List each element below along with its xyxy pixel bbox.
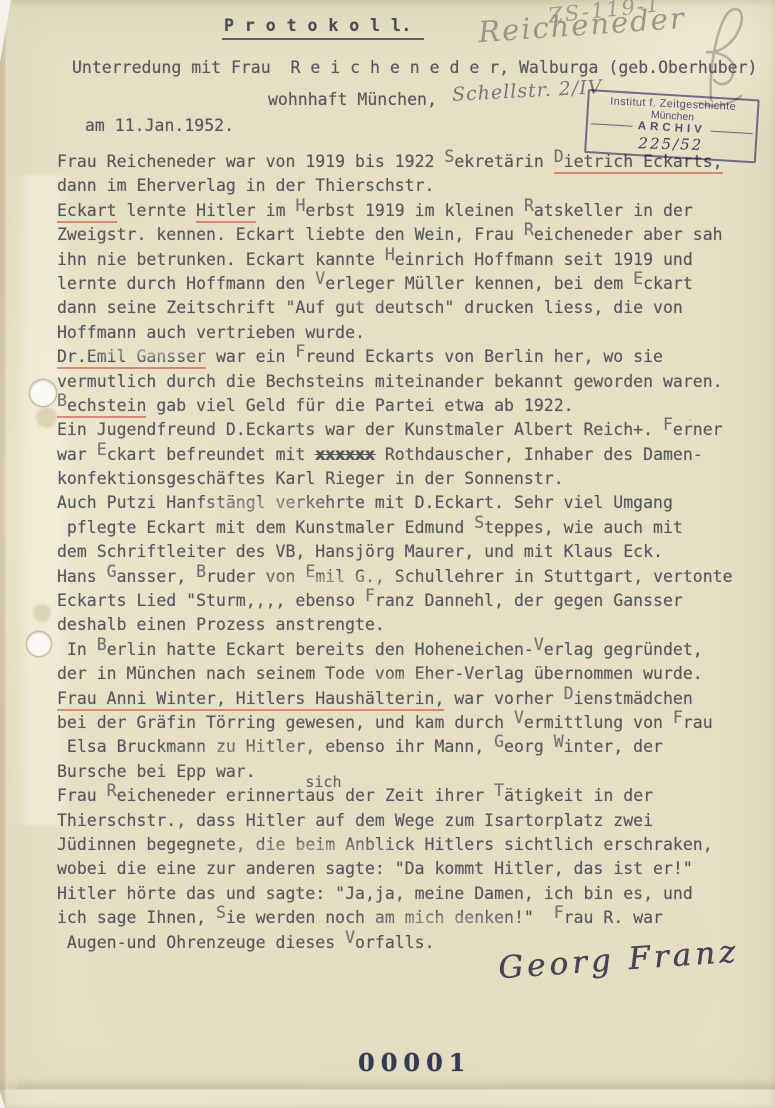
handwritten-address: Schellstr. 2/IV	[452, 76, 603, 106]
typed-line: Hoffmann auch vertrieben wurde.	[57, 323, 733, 347]
intro-line: Unterredung mit Frau R e i c h e n e d e…	[72, 58, 757, 77]
typed-line: Jüdinnen begegnete, die beim Anblick Hit…	[57, 835, 733, 859]
typed-line: Frau Anni Winter, Hitlers Haushälterin, …	[57, 689, 733, 713]
typed-line: Dr.Emil Gansser war ein Freund Eckarts v…	[57, 347, 733, 371]
typed-line: Eckarts Lied "Sturm,,,, ebenso Franz Dan…	[57, 591, 733, 615]
stamp-accession-number: 225/52	[587, 133, 755, 155]
typed-line: Frau Reicheneder erinnertsichaus der Zei…	[57, 786, 733, 810]
paper-sheet: P r o t o k o l l. Reicheneder ZS-119-1 …	[0, 0, 775, 1108]
typed-line: konfektionsgeschäftes Karl Rieger in der…	[57, 469, 733, 493]
typed-line: Hitler hörte das und sagte: "Ja,ja, mein…	[57, 884, 733, 908]
punch-hole-ghost-bottom	[33, 604, 51, 622]
typed-line: wobei die eine zur anderen sagte: "Da ko…	[57, 859, 733, 883]
typed-line: dann seine Zeitschrift "Auf gut deutsch"…	[57, 298, 733, 322]
page-number-stamp: 00001	[358, 1048, 472, 1077]
punch-hole-top	[30, 380, 56, 406]
typed-line: Thierschstr., dass Hitler auf dem Wege z…	[57, 811, 733, 835]
typed-line: Auch Putzi Hanfstängl verkehrte mit D.Ec…	[57, 493, 733, 517]
residence-line: wohnhaft München,	[268, 90, 437, 109]
typed-line: bei der Gräfin Törring gewesen, und kam …	[57, 713, 733, 737]
archive-stamp: Institut f. Zeitgeschichte München ARCHI…	[584, 89, 760, 163]
typed-line: der in München nach seinem Tode vom Eher…	[57, 664, 733, 688]
typed-line: Elsa Bruckmann zu Hitler, ebenso ihr Man…	[57, 737, 733, 761]
typed-line: Hans Gansser, Bruder von Emil G., Schull…	[57, 567, 733, 591]
typed-line: Eckart lernte Hitler im Herbst 1919 im k…	[57, 201, 733, 225]
typed-line: pflegte Eckart mit dem Kunstmaler Edmund…	[57, 518, 733, 542]
typed-line: dem Schriftleiter des VB, Hansjörg Maure…	[57, 542, 733, 566]
typed-line: Ein Jugendfreund D.Eckarts war der Kunst…	[57, 420, 733, 444]
typed-line: vermutlich durch die Bechsteins miteinan…	[57, 372, 733, 396]
typed-line: ihn nie betrunken. Eckart kannte Heinric…	[57, 250, 733, 274]
typed-line: lernte durch Hoffmann den Verleger Mülle…	[57, 274, 733, 298]
typed-line: war Eckart befreundet mit xxxxxx Rothdau…	[57, 445, 733, 469]
typed-line: In Berlin hatte Eckart bereits den Hohen…	[57, 640, 733, 664]
typed-line: ich sage Ihnen, Sie werden noch am mich …	[57, 908, 733, 932]
typed-line: Bursche bei Epp war.	[57, 762, 733, 786]
page-title: P r o t o k o l l.	[222, 16, 424, 40]
typed-line: dann im Eherverlag in der Thierschstr.	[57, 176, 733, 200]
punch-hole-ghost-top	[36, 407, 57, 428]
typed-line: Bechstein gab viel Geld für die Partei e…	[57, 396, 733, 420]
date-line: am 11.Jan.1952.	[85, 116, 234, 135]
document-scan: { "doc": { "title": "P r o t o k o l l."…	[0, 0, 775, 1108]
body-text: Frau Reicheneder war von 1919 bis 1922 S…	[57, 152, 733, 957]
typed-line: deshalb einen Prozess anstrengte.	[57, 615, 733, 639]
punch-hole-bottom	[27, 632, 51, 656]
